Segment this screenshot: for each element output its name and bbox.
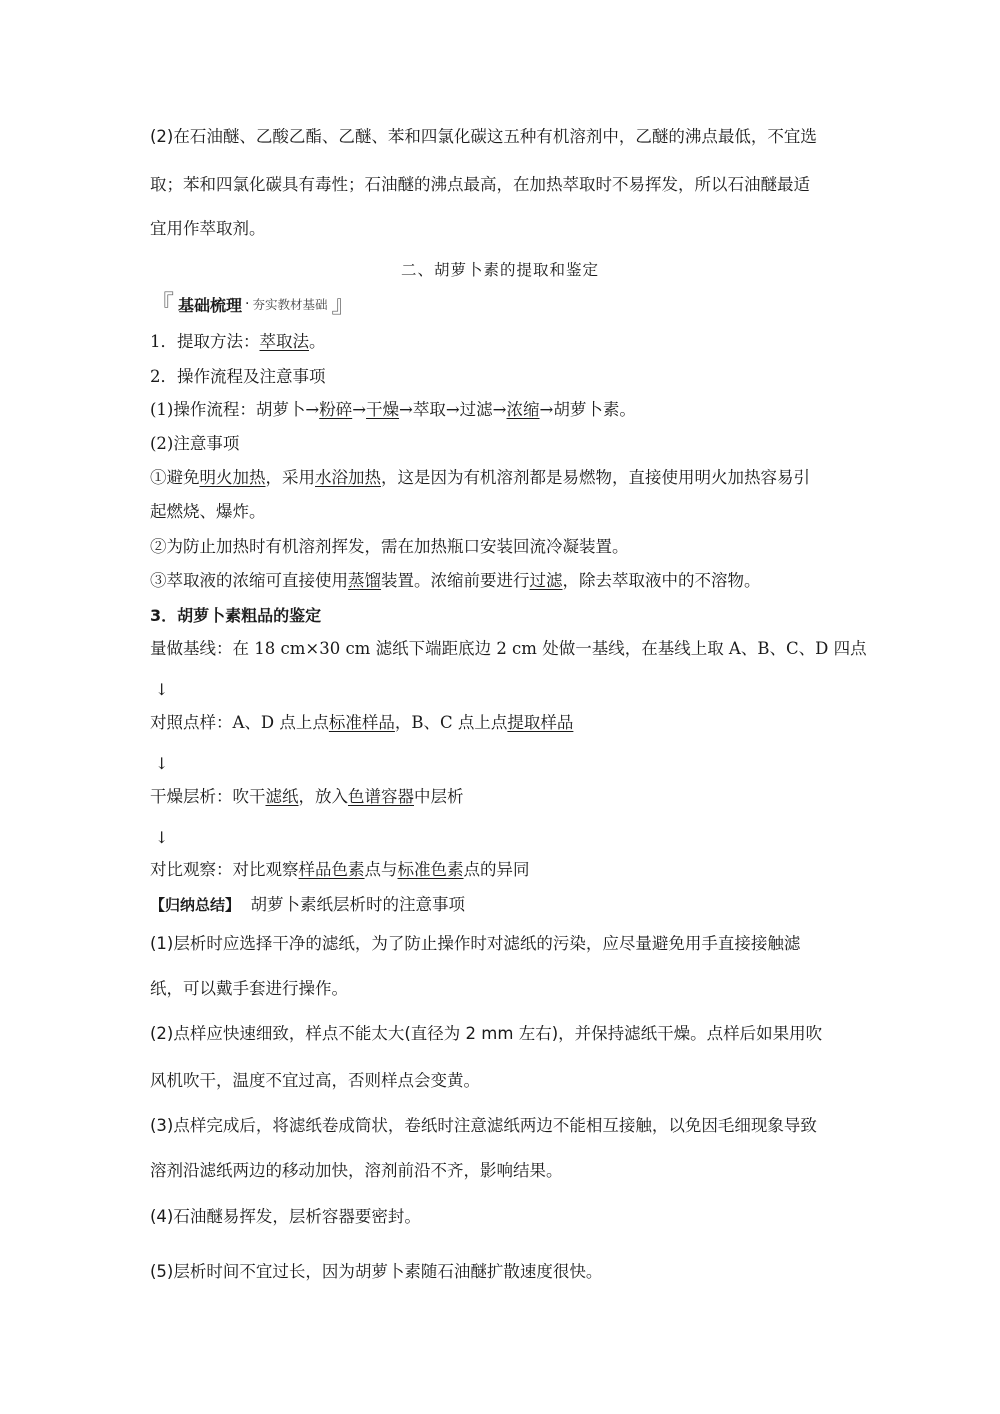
paragraph-line: 宜用作萃取剂。 [150,218,266,240]
answer-blank: 色谱容器 [348,787,414,806]
right-bracket-icon: 』 [331,292,355,316]
down-arrow-icon: ↓ [155,754,168,773]
note-1-cont: 起燃烧、爆炸。 [150,501,266,523]
flow-text: →胡萝卜素。 [540,400,636,419]
step-text: 中层析 [414,787,464,806]
item-identification-title: 3．胡萝卜素粗品的鉴定 [150,605,321,627]
summary-title: 胡萝卜素纸层析时的注意事项 [240,895,465,914]
summary-point: (2)点样应快速细致，样点不能太大(直径为 2 mm 左右)，并保持滤纸干燥。点… [150,1023,822,1045]
note-text: ，这是因为有机溶剂都是易燃物，直接使用明火加热容易引 [381,468,810,487]
paragraph-line: 取；苯和四氯化碳具有毒性；石油醚的沸点最高，在加热萃取时不易挥发，所以石油醚最适 [150,174,810,196]
item-label: 1．提取方法： [150,332,260,351]
step-spotting: 对照点样：A、D 点上点标准样品，B、C 点上点提取样品 [150,712,573,734]
step-text: ，B、C 点上点 [395,713,508,732]
banner-title: 基础梳理 [178,293,242,316]
step-chromatography: 干燥层析：吹干滤纸，放入色谱容器中层析 [150,786,464,808]
flow-text: →萃取→过滤→ [399,400,506,419]
summary-point: 溶剂沿滤纸两边的移动加快，溶剂前沿不齐，影响结果。 [150,1160,563,1182]
answer-blank: 提取样品 [507,713,573,732]
note-text: ，除去萃取液中的不溶物。 [563,571,761,590]
summary-heading: 【归纳总结】 胡萝卜素纸层析时的注意事项 [150,894,465,916]
step-text: 点与 [365,860,398,879]
answer-blank: 滤纸 [266,787,299,806]
answer-blank: 标准样品 [329,713,395,732]
note-text: ①避免 [150,468,200,487]
flow-text: (1)操作流程：胡萝卜→ [150,400,319,419]
banner-subtitle: 夯实教材基础 [252,295,327,313]
step-baseline: 量做基线：在 18 cm×30 cm 滤纸下端距底边 2 cm 处做一基线，在基… [150,638,867,660]
item-process-title: 2．操作流程及注意事项 [150,366,326,388]
step-text: 对照点样：A、D 点上点 [150,713,329,732]
answer-blank: 水浴加热 [315,468,381,487]
step-observation: 对比观察：对比观察样品色素点与标准色素点的异同 [150,859,530,881]
note-3: ③萃取液的浓缩可直接使用蒸馏装置。浓缩前要进行过滤，除去萃取液中的不溶物。 [150,570,761,592]
answer-blank: 标准色素 [398,860,464,879]
note-text: 装置。浓缩前要进行 [381,571,530,590]
section-banner: 『 基础梳理 · 夯实教材基础 』 [150,290,355,318]
summary-tag: 【归纳总结】 [150,896,240,914]
step-text: 干燥层析：吹干 [150,787,266,806]
note-2: ②为防止加热时有机溶剂挥发，需在加热瓶口安装回流冷凝装置。 [150,536,629,558]
summary-point: 纸，可以戴手套进行操作。 [150,978,348,1000]
item-extraction-method: 1．提取方法：萃取法。 [150,331,326,353]
answer-blank: 浓缩 [507,400,540,419]
down-arrow-icon: ↓ [155,828,168,847]
note-text: ③萃取液的浓缩可直接使用 [150,571,348,590]
step-text: 点的异同 [464,860,530,879]
process-flow: (1)操作流程：胡萝卜→粉碎→干燥→萃取→过滤→浓缩→胡萝卜素。 [150,399,636,421]
summary-point: (5)层析时间不宜过长，因为胡萝卜素随石油醚扩散速度很快。 [150,1261,602,1283]
answer-blank: 样品色素 [299,860,365,879]
answer-blank: 萃取法 [260,332,310,351]
paragraph-line: (2)在石油醚、乙酸乙酯、乙醚、苯和四氯化碳这五种有机溶剂中，乙醚的沸点最低，不… [150,126,817,148]
arrow-icon: → [352,400,366,419]
answer-blank: 蒸馏 [348,571,381,590]
left-bracket-icon: 『 [150,292,174,316]
note-text: ，采用 [266,468,316,487]
answer-blank: 明火加热 [200,468,266,487]
answer-blank: 过滤 [530,571,563,590]
down-arrow-icon: ↓ [155,680,168,699]
answer-blank: 粉碎 [319,400,352,419]
summary-point: (3)点样完成后，将滤纸卷成筒状，卷纸时注意滤纸两边不能相互接触，以免因毛细现象… [150,1115,817,1137]
summary-point: (4)石油醚易挥发，层析容器要密封。 [150,1206,421,1228]
step-text: ，放入 [299,787,349,806]
section-heading: 二、胡萝卜素的提取和鉴定 [0,258,1000,280]
notes-title: (2)注意事项 [150,433,239,455]
banner-separator: · [245,296,249,312]
note-1: ①避免明火加热，采用水浴加热，这是因为有机溶剂都是易燃物，直接使用明火加热容易引 [150,467,810,489]
answer-blank: 干燥 [366,400,399,419]
summary-point: (1)层析时应选择干净的滤纸，为了防止操作时对滤纸的污染，应尽量避免用手直接接触… [150,933,800,955]
punct: 。 [309,332,326,351]
summary-point: 风机吹干，温度不宜过高，否则样点会变黄。 [150,1070,480,1092]
step-text: 对比观察：对比观察 [150,860,299,879]
